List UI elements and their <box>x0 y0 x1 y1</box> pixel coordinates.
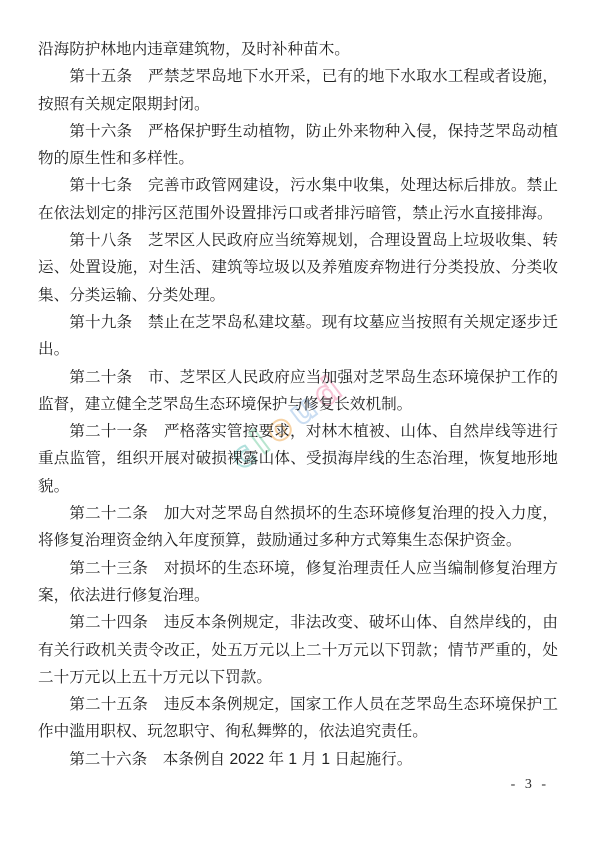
paragraph-article-25: 第二十五条 违反本条例规定，国家工作人员在芝罘岛生态环境保护工作中滥用职权、玩忽… <box>38 691 558 746</box>
paragraph-article-16: 第十六条 严格保护野生动植物，防止外来物种入侵，保持芝罘岛动植物的原生性和多样性… <box>38 118 558 173</box>
document-page: cloud 沿海防护林地内违章建筑物，及时补种苗木。 第十五条 严禁芝罘岛地下水… <box>0 0 595 841</box>
paragraph-article-20: 第二十条 市、芝罘区人民政府应当加强对芝罘岛生态环境保护工作的监督，建立健全芝罘… <box>38 364 558 419</box>
paragraph-article-18: 第十八条 芝罘区人民政府应当统筹规划，合理设置岛上垃圾收集、转运、处置设施，对生… <box>38 227 558 309</box>
paragraph-article-19: 第十九条 禁止在芝罘岛私建坟墓。现有坟墓应当按照有关规定逐步迁出。 <box>38 309 558 364</box>
paragraph-article-21: 第二十一条 严格落实管控要求，对林木植被、山体、自然岸线等进行重点监管，组织开展… <box>38 418 558 500</box>
paragraph-continuation: 沿海防护林地内违章建筑物，及时补种苗木。 <box>38 36 558 63</box>
paragraph-article-24: 第二十四条 违反本条例规定，非法改变、破坏山体、自然岸线的，由有关行政机关责令改… <box>38 609 558 691</box>
paragraph-article-26: 第二十六条 本条例自 2022 年 1 月 1 日起施行。 <box>38 746 558 773</box>
page-number: - 3 - <box>511 777 549 793</box>
paragraph-article-17: 第十七条 完善市政管网建设，污水集中收集，处理达标后排放。禁止在依法划定的排污区… <box>38 172 558 227</box>
paragraph-article-22: 第二十二条 加大对芝罘岛自然损坏的生态环境修复治理的投入力度，将修复治理资金纳入… <box>38 500 558 555</box>
body-text: 沿海防护林地内违章建筑物，及时补种苗木。 第十五条 严禁芝罘岛地下水开采，已有的… <box>38 36 558 773</box>
paragraph-article-23: 第二十三条 对损坏的生态环境，修复治理责任人应当编制修复治理方案，依法进行修复治… <box>38 555 558 610</box>
paragraph-article-15: 第十五条 严禁芝罘岛地下水开采，已有的地下水取水工程或者设施，按照有关规定限期封… <box>38 63 558 118</box>
